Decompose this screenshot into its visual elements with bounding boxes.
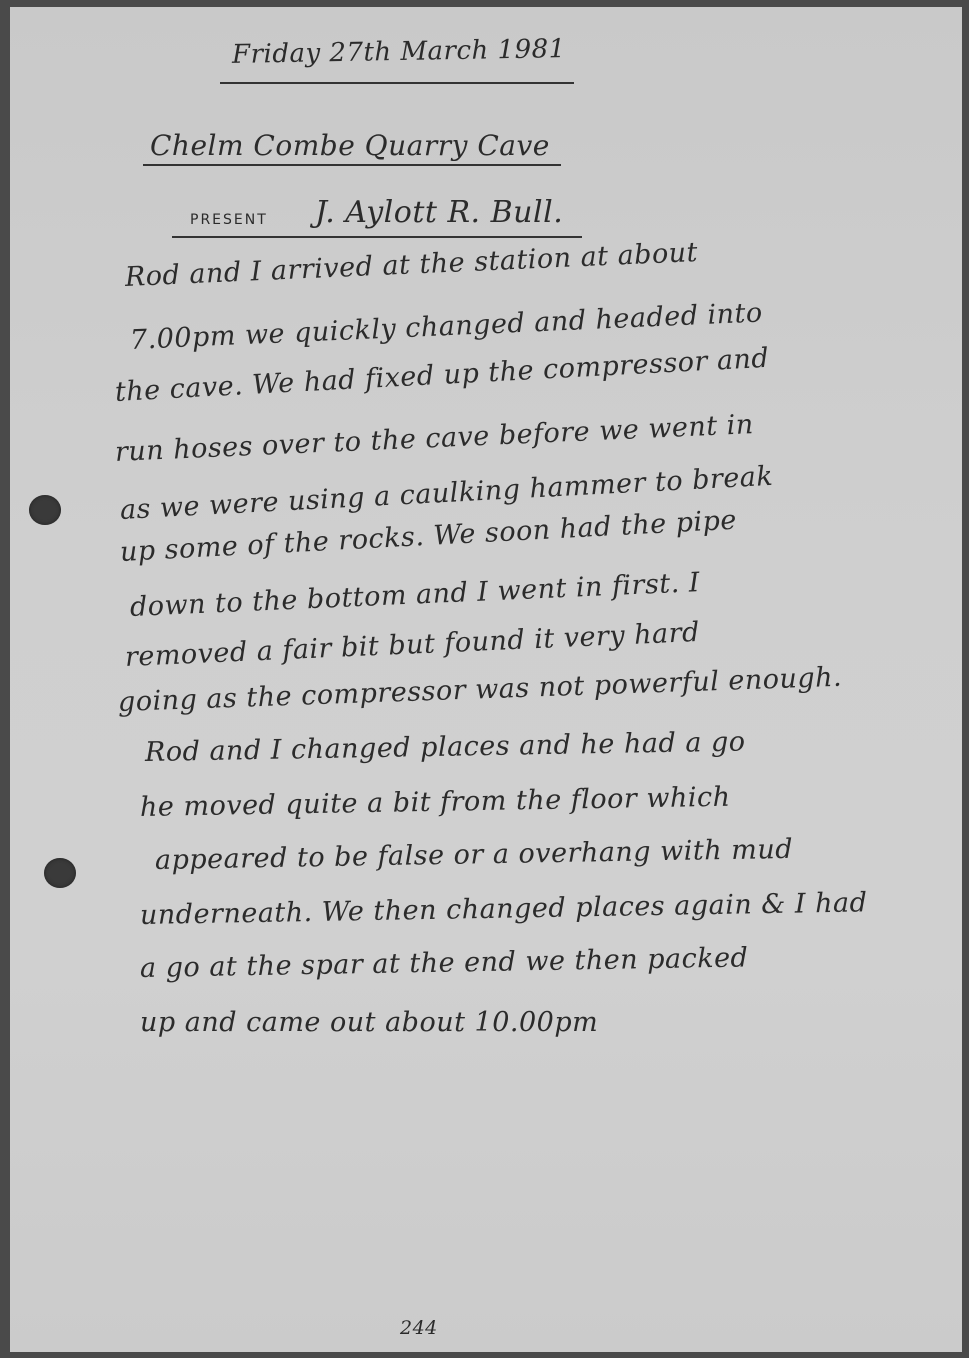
body-line-13: underneath. We then changed places again… [140, 887, 868, 931]
body-line-15: up and came out about 10.00pm [140, 1007, 598, 1038]
date-heading: Friday 27th March 1981 [232, 34, 566, 70]
date-underline [220, 82, 574, 84]
body-line-8: removed a fair bit but found it very har… [124, 617, 700, 673]
location-underline [143, 164, 561, 166]
body-line-10: Rod and I changed places and he had a go [145, 727, 746, 768]
punch-hole-bottom [44, 858, 76, 888]
present-underline [172, 236, 582, 238]
body-line-7: down to the bottom and I went in first. … [129, 567, 700, 623]
present-names: J. Aylott R. Bull. [315, 195, 563, 230]
body-line-4: run hoses over to the cave before we wen… [114, 409, 754, 468]
body-line-11: he moved quite a bit from the floor whic… [140, 782, 731, 823]
page-number: 244 [400, 1317, 438, 1339]
present-label: PRESENT [190, 212, 268, 228]
body-line-3: the cave. We had fixed up the compressor… [114, 343, 770, 408]
punch-hole-top [29, 495, 61, 525]
body-line-1: Rod and I arrived at the station at abou… [124, 237, 698, 293]
location-heading: Chelm Combe Quarry Cave [150, 129, 550, 162]
notebook-page: Friday 27th March 1981 Chelm Combe Quarr… [10, 7, 962, 1352]
body-line-9: going as the compressor was not powerful… [117, 662, 842, 718]
body-line-14: a go at the spar at the end we then pack… [140, 942, 749, 984]
body-line-12: appeared to be false or a overhang with … [155, 834, 794, 876]
